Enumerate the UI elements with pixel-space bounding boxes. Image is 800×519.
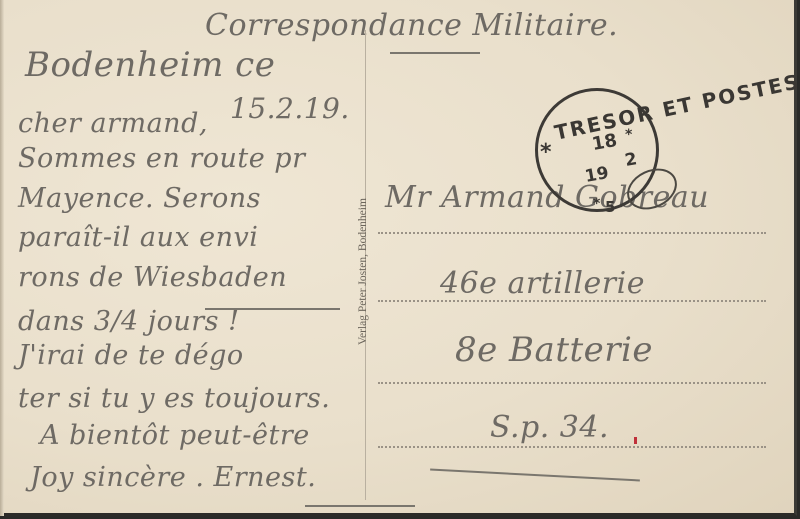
postcard-back: Correspondance Militaire. Verlag Peter J… xyxy=(0,0,797,516)
publisher-imprint: Verlag Peter Josten, Bodenheim xyxy=(357,198,369,345)
message-line: A bientôt peut-être xyxy=(40,420,310,451)
postmark-day: 18 xyxy=(590,130,618,155)
message-line: ter si tu y es toujours. xyxy=(18,383,330,414)
postmark-year: 19 xyxy=(583,163,610,187)
message-line: rons de Wiesbaden xyxy=(18,262,287,293)
address-unit: 46e artillerie xyxy=(440,266,645,301)
message-date: 15.2.19. xyxy=(230,92,350,125)
message-line: J'irai de te dégo xyxy=(18,340,244,371)
postmark-sector: 5 xyxy=(605,198,615,216)
signature-underline xyxy=(305,505,415,507)
address-sector: S.p. 34. xyxy=(490,410,609,445)
card-edge xyxy=(0,0,4,516)
signature-line: Joy sincère . Ernest. xyxy=(30,462,316,493)
address-flourish xyxy=(430,469,640,482)
message-line: Sommes en route pr xyxy=(18,143,305,174)
address-rule xyxy=(378,446,766,448)
address-rule xyxy=(378,382,766,384)
place-line: Bodenheim ce xyxy=(25,45,275,85)
red-ink-mark xyxy=(634,437,637,444)
address-battery: 8e Batterie xyxy=(455,330,653,370)
message-line: Mayence. Serons xyxy=(18,183,261,214)
postmark-star-icon: * xyxy=(593,196,600,212)
message-line: dans 3/4 jours ! xyxy=(18,306,239,337)
postmark-star-icon: * xyxy=(625,127,632,143)
address-rule xyxy=(378,232,766,234)
message-line: paraît-il aux envi xyxy=(18,222,258,253)
header-correspondance-militaire: Correspondance Militaire. xyxy=(205,8,618,43)
message-line: cher armand, xyxy=(18,108,208,139)
header-underline xyxy=(390,52,480,54)
postmark-star-icon: * xyxy=(540,140,552,165)
